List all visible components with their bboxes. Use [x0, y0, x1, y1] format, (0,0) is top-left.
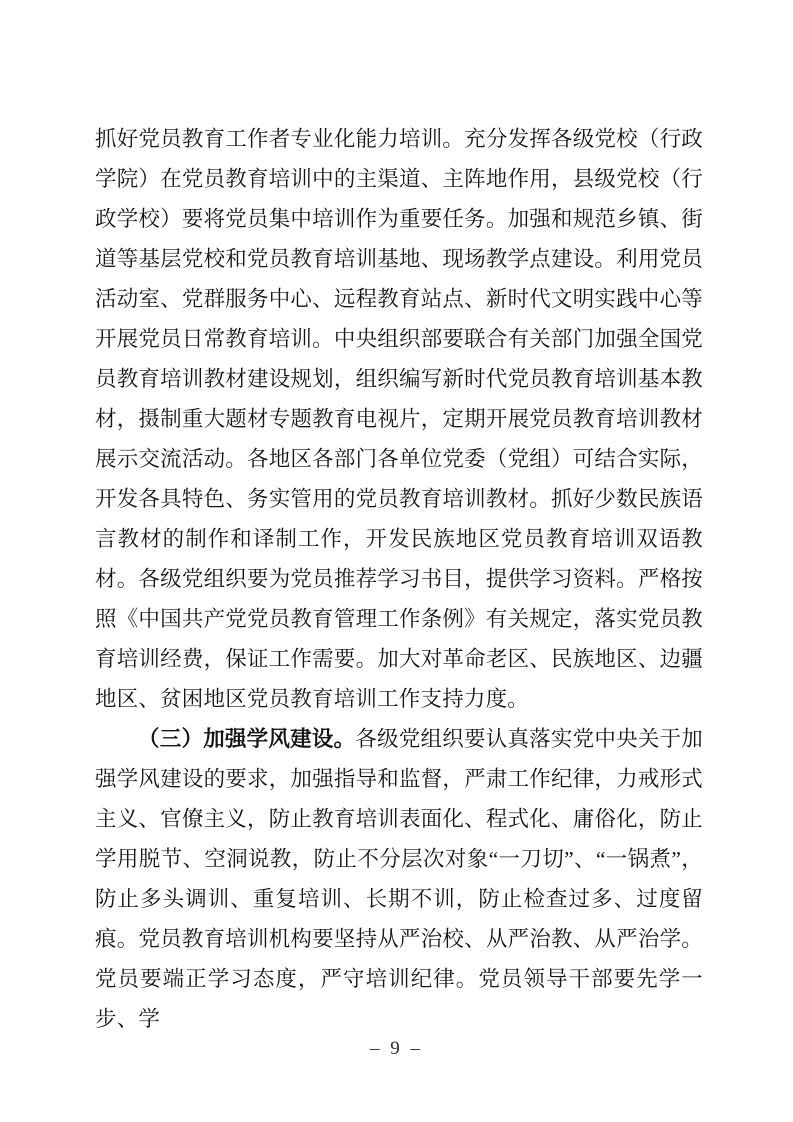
paragraph-section-3: （三）加强学风建设。各级党组织要认真落实党中央关于加强学风建设的要求，加强指导和…: [95, 719, 703, 1039]
page-footer: – 9 –: [0, 1038, 793, 1060]
page-number: – 9 –: [370, 1038, 423, 1059]
section-3-heading: （三）加强学风建设。: [138, 727, 355, 751]
document-body: 抓好党员教育工作者专业化能力培训。充分发挥各级党校（行政学院）在党员教育培训中的…: [95, 119, 703, 1039]
paragraph-continuation-text: 抓好党员教育工作者专业化能力培训。充分发挥各级党校（行政学院）在党员教育培训中的…: [95, 127, 703, 711]
document-page: 抓好党员教育工作者专业化能力培训。充分发挥各级党校（行政学院）在党员教育培训中的…: [0, 0, 793, 1122]
paragraph-continuation: 抓好党员教育工作者专业化能力培训。充分发挥各级党校（行政学院）在党员教育培训中的…: [95, 119, 703, 719]
section-3-body-text: 各级党组织要认真落实党中央关于加强学风建设的要求，加强指导和监督，严肃工作纪律，…: [95, 727, 703, 1031]
